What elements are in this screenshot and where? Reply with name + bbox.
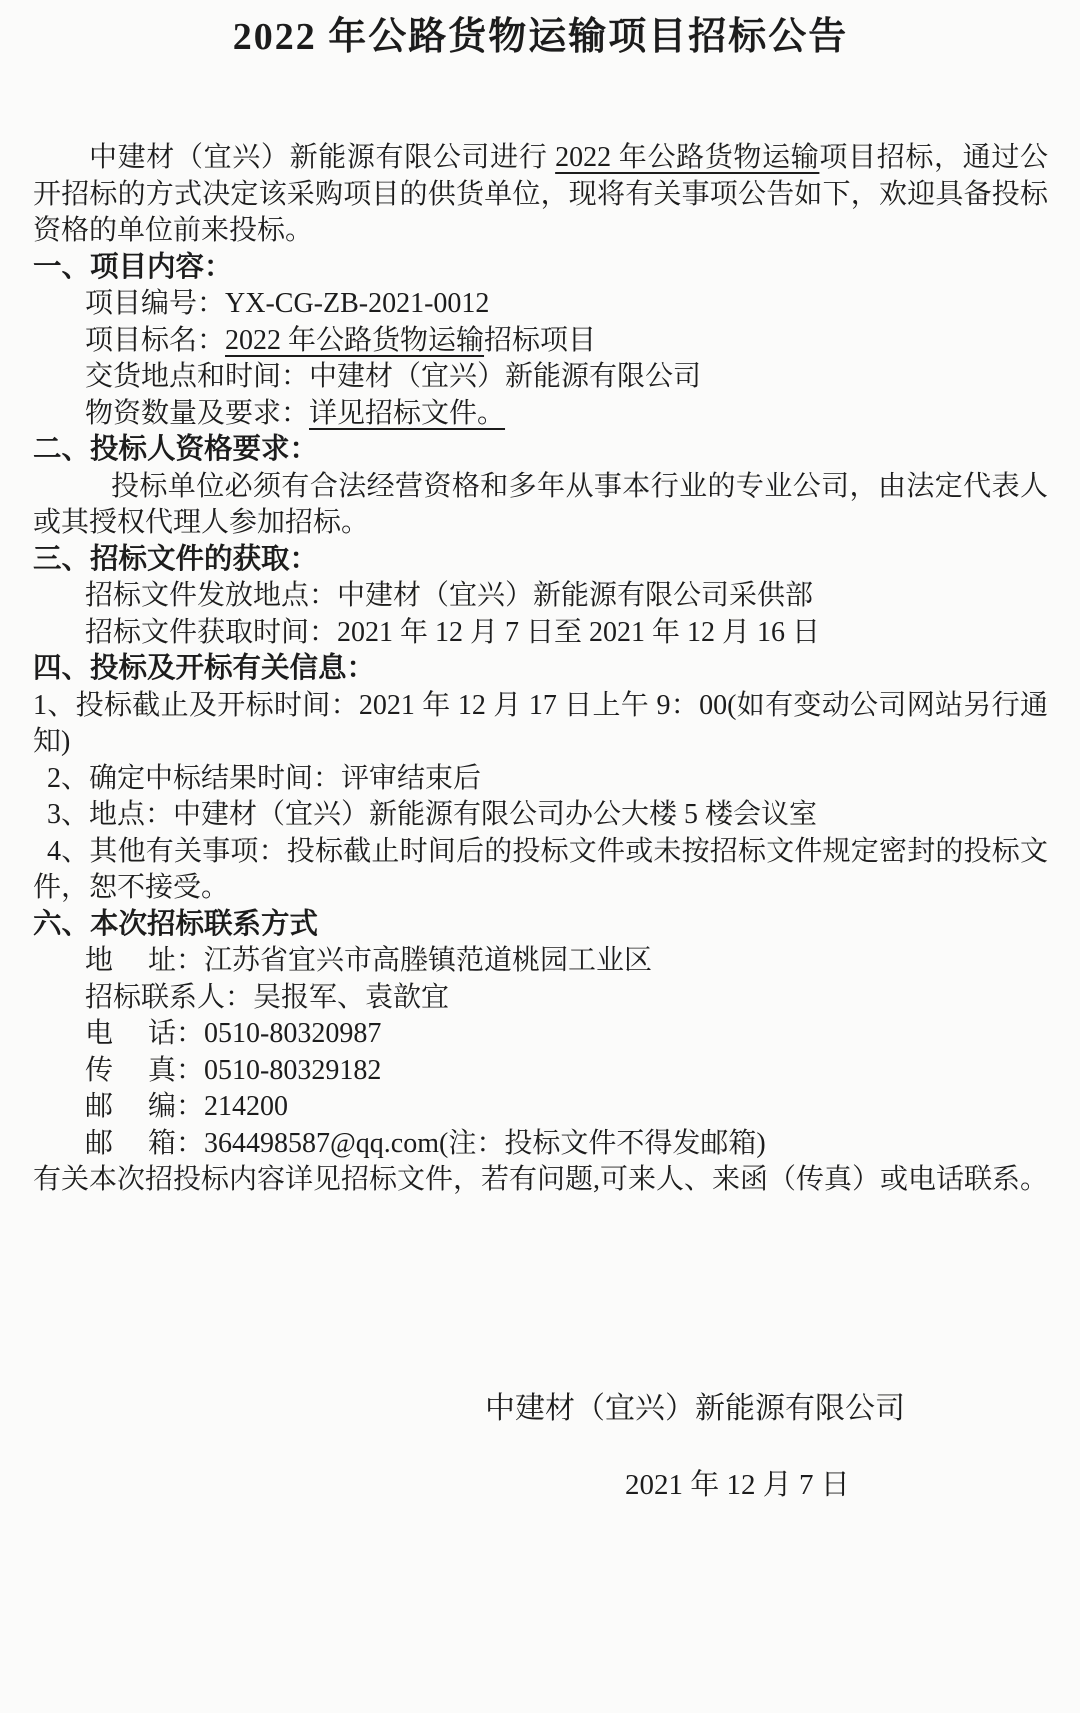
contact-postcode-line: 邮 编：214200 bbox=[33, 1089, 1048, 1126]
section-4-heading: 四、投标及开标有关信息： bbox=[33, 651, 1048, 688]
signature-company: 中建材（宜兴）新能源有限公司 bbox=[33, 1391, 1048, 1428]
bidder-qualification-paragraph: 投标单位必须有合法经营资格和多年从事本行业的专业公司，由法定代表人或其授权代理人… bbox=[33, 469, 1048, 542]
project-name-label: 项目标名： bbox=[85, 325, 225, 356]
section-3-heading: 三、招标文件的获取： bbox=[33, 542, 1048, 579]
signature-date: 2021 年 12 月 7 日 bbox=[33, 1467, 1048, 1504]
material-requirements-underlined: 详见招标文件。 bbox=[309, 398, 505, 429]
bid-opening-place-line: 3、地点：中建材（宜兴）新能源有限公司办公大楼 5 楼会议室 bbox=[33, 797, 1048, 834]
document-content: 2022 年公路货物运输项目招标公告 中建材（宜兴）新能源有限公司进行 2022… bbox=[0, 0, 1080, 1504]
project-name-underlined: 2022 年公路货物运输 bbox=[225, 325, 484, 356]
section-6-heading: 六、本次招标联系方式 bbox=[33, 907, 1048, 944]
project-number-line: 项目编号：YX-CG-ZB-2021-0012 bbox=[33, 286, 1048, 323]
project-number-label: 项目编号： bbox=[85, 288, 225, 319]
material-requirements-label: 物资数量及要求： bbox=[85, 398, 309, 429]
intro-underlined-text: 2022 年公路货物运输 bbox=[555, 142, 819, 173]
document-title: 2022 年公路货物运输项目招标公告 bbox=[33, 10, 1048, 64]
contact-persons-line: 招标联系人：吴报军、袁歆宜 bbox=[33, 980, 1048, 1017]
delivery-place-line: 交货地点和时间：中建材（宜兴）新能源有限公司 bbox=[33, 359, 1048, 396]
document-obtain-time-line: 招标文件获取时间：2021 年 12 月 7 日至 2021 年 12 月 16… bbox=[33, 615, 1048, 652]
intro-paragraph: 中建材（宜兴）新能源有限公司进行 2022 年公路货物运输项目招标，通过公开招标… bbox=[33, 140, 1048, 250]
other-matters-line: 4、其他有关事项：投标截止时间后的投标文件或未按招标文件规定密封的投标文件，恕不… bbox=[33, 834, 1048, 907]
tender-announcement-page: 2022 年公路货物运输项目招标公告 中建材（宜兴）新能源有限公司进行 2022… bbox=[0, 0, 1080, 1713]
section-2-heading: 二、投标人资格要求： bbox=[33, 432, 1048, 469]
closing-paragraph: 有关本次招投标内容详见招标文件，若有问题,可来人、来函（传真）或电话联系。 bbox=[33, 1162, 1048, 1199]
intro-text-pre: 中建材（宜兴）新能源有限公司进行 bbox=[89, 142, 555, 173]
project-name-line: 项目标名：2022 年公路货物运输招标项目 bbox=[33, 323, 1048, 360]
award-result-time-line: 2、确定中标结果时间：评审结束后 bbox=[33, 761, 1048, 798]
section-1-heading: 一、项目内容： bbox=[33, 250, 1048, 287]
contact-address-line: 地 址：江苏省宜兴市高塍镇范道桃园工业区 bbox=[33, 943, 1048, 980]
delivery-place-value: 中建材（宜兴）新能源有限公司 bbox=[309, 361, 701, 392]
project-number-value: YX-CG-ZB-2021-0012 bbox=[225, 288, 489, 319]
contact-email-line: 邮 箱：364498587@qq.com(注：投标文件不得发邮箱) bbox=[33, 1126, 1048, 1163]
contact-fax-line: 传 真：0510-80329182 bbox=[33, 1053, 1048, 1090]
material-requirements-line: 物资数量及要求：详见招标文件。 bbox=[33, 396, 1048, 433]
bid-deadline-line: 1、投标截止及开标时间：2021 年 12 月 17 日上午 9：00(如有变动… bbox=[33, 688, 1048, 761]
contact-phone-line: 电 话：0510-80320987 bbox=[33, 1016, 1048, 1053]
document-issue-place-line: 招标文件发放地点：中建材（宜兴）新能源有限公司采供部 bbox=[33, 578, 1048, 615]
delivery-place-label: 交货地点和时间： bbox=[85, 361, 309, 392]
project-name-rest: 招标项目 bbox=[484, 325, 596, 356]
